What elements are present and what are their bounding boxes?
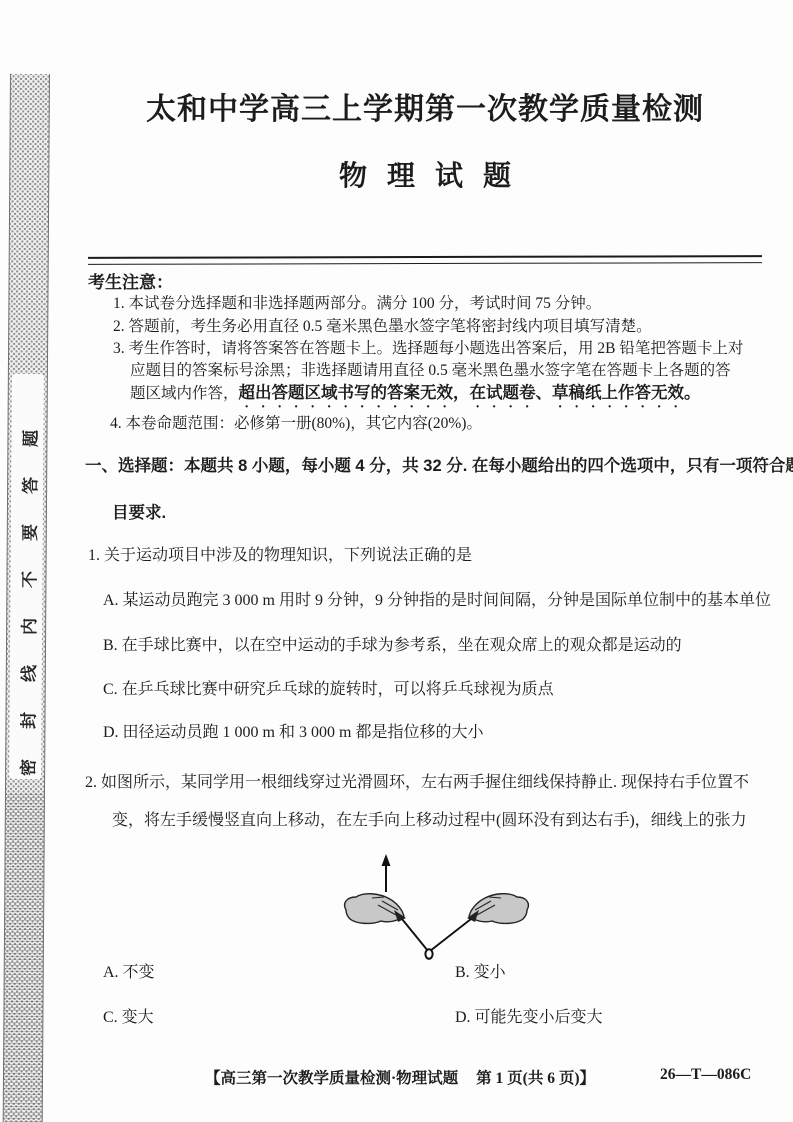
header-divider-rule [88, 255, 762, 265]
section-1-heading-line-2: 目要求. [112, 503, 166, 524]
page-footer: 【高三第一次教学质量检测·物理试题第 1 页(共 6 页)】 [205, 1066, 595, 1088]
question-1-option-c: C. 在乒乓球比赛中研究乒乓球的旋转时，可以将乒乓球视为质点 [103, 680, 554, 700]
seal-line-text: 密封线内不要答题 [14, 384, 42, 776]
up-arrow-icon [382, 854, 391, 892]
question-2-figure [338, 852, 543, 967]
notice-item-1: 1. 本试卷分选择题和非选择题两部分。满分 100 分，考试时间 75 分钟。 [113, 294, 601, 313]
string-lines [402, 919, 471, 951]
question-2-stem-line-1: 2. 如图所示，某同学用一根细线穿过光滑圆环，左右两手握住细线保持静止. 现保持… [85, 773, 749, 793]
question-2-option-a: A. 不变 [103, 963, 155, 983]
hands-string-ring-figure [338, 852, 543, 962]
notice-item-3-normal-text: 题区域内作答， [130, 385, 239, 402]
question-2-option-b: B. 变小 [455, 963, 506, 983]
document-subtitle: 物理试题 [85, 154, 765, 194]
notice-item-3-line-3: 题区域内作答，超出答题区域书写的答案无效，在试题卷、草稿纸上作答无效。 [130, 383, 701, 411]
question-2-stem-line-2: 变，将左手缓慢竖直向上移动，在左手向上移动过程中(圆环没有到达右手)，细线上的张… [112, 811, 747, 831]
footer-test-name: 【高三第一次教学质量检测·物理试题 [205, 1070, 458, 1087]
ring-icon [425, 949, 432, 959]
notice-item-4: 4. 本卷命题范围：必修第一册(80%)，其它内容(20%)。 [110, 414, 482, 433]
footer-paper-code: 26—T—086C [660, 1066, 751, 1084]
left-hand-icon [345, 894, 406, 924]
footer-page-number: 第 1 页(共 6 页)】 [476, 1070, 595, 1087]
question-1-option-b: B. 在手球比赛中，以在空中运动的手球为参考系，坐在观众席上的观众都是运动的 [103, 636, 682, 656]
document-title: 太和中学高三上学期第一次教学质量检测 [85, 84, 765, 128]
strip-texture [4, 792, 44, 1122]
notice-item-3-line-2: 应题目的答案标号涂黑；非选择题请用直径 0.5 毫米黑色墨水签字笔在答题卡上各题… [130, 361, 731, 380]
section-1-heading-line-1: 一、选择题：本题共 8 小题，每小题 4 分，共 32 分. 在每小题给出的四个… [85, 456, 793, 477]
question-1-stem: 1. 关于运动项目中涉及的物理知识，下列说法正确的是 [88, 546, 472, 566]
notice-item-3-line-1: 3. 考生作答时，请将答案答在答题卡上。选择题每小题选出答案后，用 2B 铅笔把… [113, 339, 743, 358]
seal-binding-strip: 密封线内不要答题 [3, 74, 50, 1122]
question-1-option-a: A. 某运动员跑完 3 000 m 用时 9 分钟，9 分钟指的是时间间隔，分钟… [103, 591, 771, 611]
notice-item-2: 2. 答题前，考生务必用直径 0.5 毫米黑色墨水签字笔将密封线内项目填写清楚。 [113, 317, 652, 336]
question-2-option-c: C. 变大 [103, 1008, 154, 1028]
question-1-option-d: D. 田径运动员跑 1 000 m 和 3 000 m 都是指位移的大小 [103, 723, 483, 743]
notice-item-3-emphasized-text: 超出答题区域书写的答案无效，在试题卷、草稿纸上作答无效。 [239, 384, 701, 402]
right-hand-icon [467, 894, 528, 924]
notice-heading: 考生注意： [88, 268, 173, 293]
question-2-option-d: D. 可能先变小后变大 [455, 1008, 603, 1028]
